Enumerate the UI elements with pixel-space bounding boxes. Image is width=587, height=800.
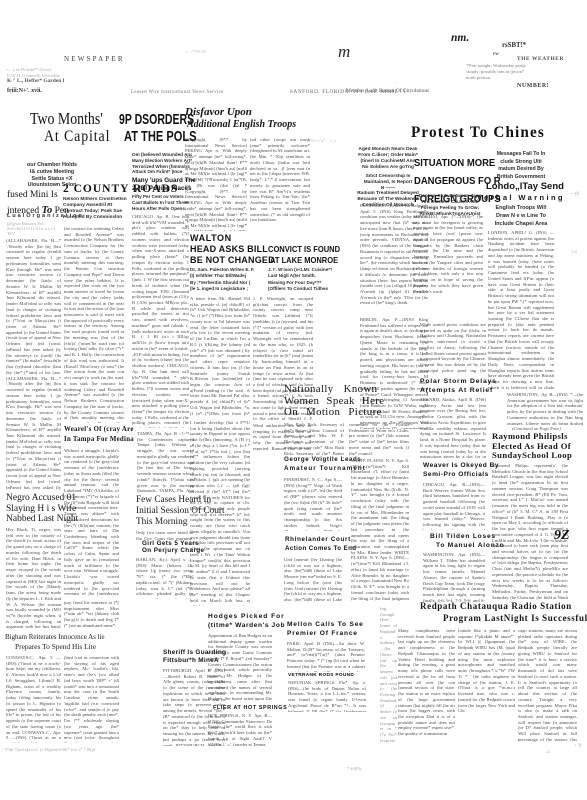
- bigham-body-col1: CONWAYS.C., Apr. 5 —(INS) ('l'imot at ne…: [6, 655, 61, 743]
- masthead-fragment: r. .??'NOW: [186, 49, 207, 54]
- margin-fragment: (ol: [572, 250, 577, 255]
- margin-fragment: —(8: [570, 192, 579, 197]
- volume-number: friii:N+'. xvii.: [7, 88, 42, 94]
- disfavor-headline-line2: Additional English Troops: [187, 119, 296, 130]
- weather-line: north portion.: [466, 75, 491, 80]
- walton-headline-line1: WALTON: [190, 233, 232, 243]
- few-cases-body: Only (wo cases were heard in (he City Co…: [136, 530, 193, 540]
- white-plains-body: WHITE PLAINS. N. Y. Apr. 6. (INS)—(w*(ii…: [351, 458, 409, 602]
- weather-line: '*Fair tonight; Wednesday partly: [466, 63, 526, 68]
- bigham-headline-line1: Bigham Reiterates Innocence As lie: [5, 632, 105, 641]
- english-troops-subdeck: English Troops Will Draw N e w Line To I…: [488, 204, 554, 228]
- shanghai-body: SHANGHAI, Apr. (*—(INS)-* (he situ ation…: [413, 214, 483, 320]
- deck-fragment: pill.l'cr'q* . , ( a: [307, 138, 336, 143]
- censorship-subdeck: Sitict Censorship Is Maintained, Is Repo…: [347, 174, 429, 192]
- gray-veterans-headline: Wearel's Of (cray Are In Tampa For Medin…: [64, 425, 134, 444]
- mellon-headline: Mellon Calls To See Premier Of France: [287, 620, 364, 638]
- voigt-body: PINEHURST, N. C., Apr. 6.— (INS) (Icorg*…: [284, 477, 342, 531]
- bottom-speck: *-(d(Pit.: [347, 766, 362, 771]
- lead-headline-part: At Capital: [44, 128, 110, 146]
- county-roads-body: (he contract for widening Celery and Ros…: [64, 226, 124, 423]
- negro-accused-body: Hey Black, Ti, negro, was (eld over in (…: [6, 527, 61, 629]
- newspaper-label: NEWSPAPER: [64, 55, 125, 63]
- polling-places-headline: Many 'ups Guard The 2,JBl Polling Places: [132, 177, 196, 192]
- weather-title: THE WEATHER: [517, 56, 564, 62]
- convict-headline-line2: AT LAKE MONROE: [270, 255, 338, 265]
- issue-number: NUMBER!: [517, 83, 549, 89]
- walton-body: A letter from Mr. Bamiel Pal e(ka, presi…: [190, 296, 250, 416]
- audit-bureau-line: Member Audit Bureau Of Circulations: [346, 88, 429, 94]
- shanghai-continuation: While united provo conditions are report…: [420, 322, 486, 374]
- tampa-reunion-body: Without a struggle, Llorida's war scared…: [64, 448, 119, 598]
- polar-storm-headline: Polar Storm Delays A(tempts At Relief: [420, 377, 497, 395]
- nationally-known-body: Miss Ruth Rich, Secretary of (he* Better…: [284, 422, 344, 458]
- convict-headline-line1: CONVICT IS FOUND: [268, 244, 340, 254]
- newspaper-page: NEWSPAPER s . .j in Florida** (liver) U …: [0, 0, 587, 800]
- walton-subdeck: Dr. Sam. Paleston Writes E. F. (I) nrhth…: [190, 267, 254, 293]
- nationally-known-headline: Nationally Known Women Speak Here On Mot…: [284, 384, 384, 419]
- tallahassee-body: (ALLAHASSEK, Fla. H—* '.'Shortly after (…: [6, 238, 61, 490]
- protest-headline: Protest To Chines: [411, 124, 545, 142]
- redpath-headline-line2: Program LastNight Is Successful: [443, 613, 587, 623]
- bigham-body-col2: (hird (rial in connection with (he slayi…: [64, 655, 119, 743]
- aged-monarch-subdeck: Aged Monach Nears Deali From C.ilicer; O…: [347, 147, 429, 171]
- masthead-flag-line: K " L., Heffer* Garden I: [7, 78, 65, 84]
- walton-headline-line3: BE NOT CHANGED: [190, 255, 275, 265]
- walton-headline-line2: HEAD ASKS BILL: [190, 244, 268, 254]
- faded-line: 'IS'?: [7, 231, 15, 236]
- raymond-headline: Raymond Philipsls Elected As Head Of Sun…: [492, 432, 572, 461]
- election-violence-subdeck: Om (believed Wounded And Many Election W…: [132, 152, 192, 175]
- nine-z-fragment: 9Z: [554, 528, 570, 544]
- lead-headline-part: Two Months': [30, 109, 103, 129]
- veterans-body-found-body: NEFUNIAK SPRINGS. Flo*. Ap. a. (INS)—(he…: [288, 680, 366, 712]
- hodges-headline: Hodges Picked For (titme* Warden's Job: [208, 612, 285, 630]
- weather-line: cloudy; possibly rain in (jecon*: [466, 69, 524, 74]
- nationally-known-body: committee of (he* Florida Federation of …: [349, 422, 409, 456]
- hodges-body: Appointment of Ban Hodges as an addition…: [208, 633, 272, 703]
- rhinelander-headline: Rhinelander Court Action Comes To End: [285, 536, 356, 553]
- harlan-body: HARLAN, Ky.) April x —(INS) Marie (Inkov…: [136, 557, 193, 599]
- london-may-headline: Londo„lTay Send: [486, 181, 564, 192]
- washington-body: WASHINGTON, Ap B—(INS) *—(he American go…: [507, 392, 583, 425]
- veterans-body-found-lead: VETRRANK RODS POUND: [288, 673, 354, 678]
- verbal-warning-headline: Verbal Warning: [477, 193, 565, 202]
- corner-fragment: . a: [545, 750, 550, 755]
- messages-subdeck: Messages Fail To In clude Strong Ulti ma…: [488, 151, 554, 181]
- mellon-body: PARIS, April B (INS)—An drew W. Mellon, …: [287, 641, 365, 672]
- flier-headline: FLIER AT HOT SPRINGS: [213, 705, 287, 711]
- masthead-fragment-nm: nm.: [451, 32, 469, 44]
- redpath-headline-line1: Redpath Chatauqua Radio Station: [420, 601, 572, 611]
- weaver-headline: Weaver Is Okeyed By Semi-Pro Officials: [423, 461, 499, 479]
- corner-fragment: + '9: [574, 744, 581, 749]
- rhinelander-note-body: Und (raneurt (ler I.haring (he (ch.ld or…: [284, 557, 342, 603]
- slim-column-fragment: (ng (hrough Heel (enter of England's ind…: [380, 606, 397, 744]
- masthead-flag-line: s . .j in Florida** (liver): [7, 67, 51, 72]
- wire-service-line: Leased Wire International News Service: [131, 90, 224, 95]
- walton-letter-body: I further develop (hat a P*!U (on b bein…: [190, 420, 250, 606]
- lead-story-body: (nd other (roops nm north (ame* primiril…: [250, 137, 310, 231]
- weaver-body: CHICAGO, Apr. B—(INS)— Buck Weaver, form…: [423, 482, 485, 530]
- lead-headline-part: 9P DSORDERS: [119, 111, 194, 128]
- london-protest-body: LONDON, APRIL! G. (INS) —Indemic notes o…: [488, 230, 554, 390]
- harlan-continuation: jury fixed his sentence at (*( imprisonm…: [64, 600, 119, 628]
- tilden-body: WASHINGTON. Apr. (INS)—William T. Tilden…: [423, 552, 485, 602]
- polar-storm-body: SEWARD, Alaska, April B. (INS)—Heavy Arc…: [420, 397, 486, 458]
- bigham-headline-line2: Prepares To Spend His Lite: [15, 642, 96, 651]
- convict-subdeck: J. I'. W'ison (s<LMr. Cuisine*? Last Nig…: [268, 267, 332, 293]
- masthead-dots: ..: [394, 80, 397, 85]
- redpath-body-col2: (ounds like a piano and a soprano (*pl(a…: [458, 628, 515, 744]
- redpath-body-col3: cago stations, many are accom plished ra…: [518, 628, 577, 744]
- redpath-body-col1: Many compliments were received from Sanf…: [398, 628, 455, 744]
- tampa-dateline-body: TAMPA, Fla. Apr. B <!>*!— (he Confederat…: [137, 431, 194, 493]
- masthead-fragment-rsbt: rsSBT!*: [502, 42, 526, 49]
- polling-places-subdeck: Fifty Per Cent ov Voters Cast Ballots In…: [132, 194, 192, 211]
- disfavor-headline-line1: Disfavor Upon: [185, 106, 252, 118]
- masthead-fragment-m: m: [338, 42, 350, 62]
- sentenced-headline-line1: fused Mini Is: [7, 190, 58, 200]
- flier-body: HOT SPRINGS, N. Y. Apr. B— (I.NS) Comman…: [208, 713, 272, 746]
- masthead-fragment-rw: rw: [493, 52, 499, 57]
- page-corner-fragment: 'T'lik 'I'prd.Qa.(e.L (o Bighan'S/0k* (e…: [4, 747, 96, 752]
- chicago-election-body: CHICAGO. Ap. B. One hun dred will b'hi*V…: [132, 214, 189, 428]
